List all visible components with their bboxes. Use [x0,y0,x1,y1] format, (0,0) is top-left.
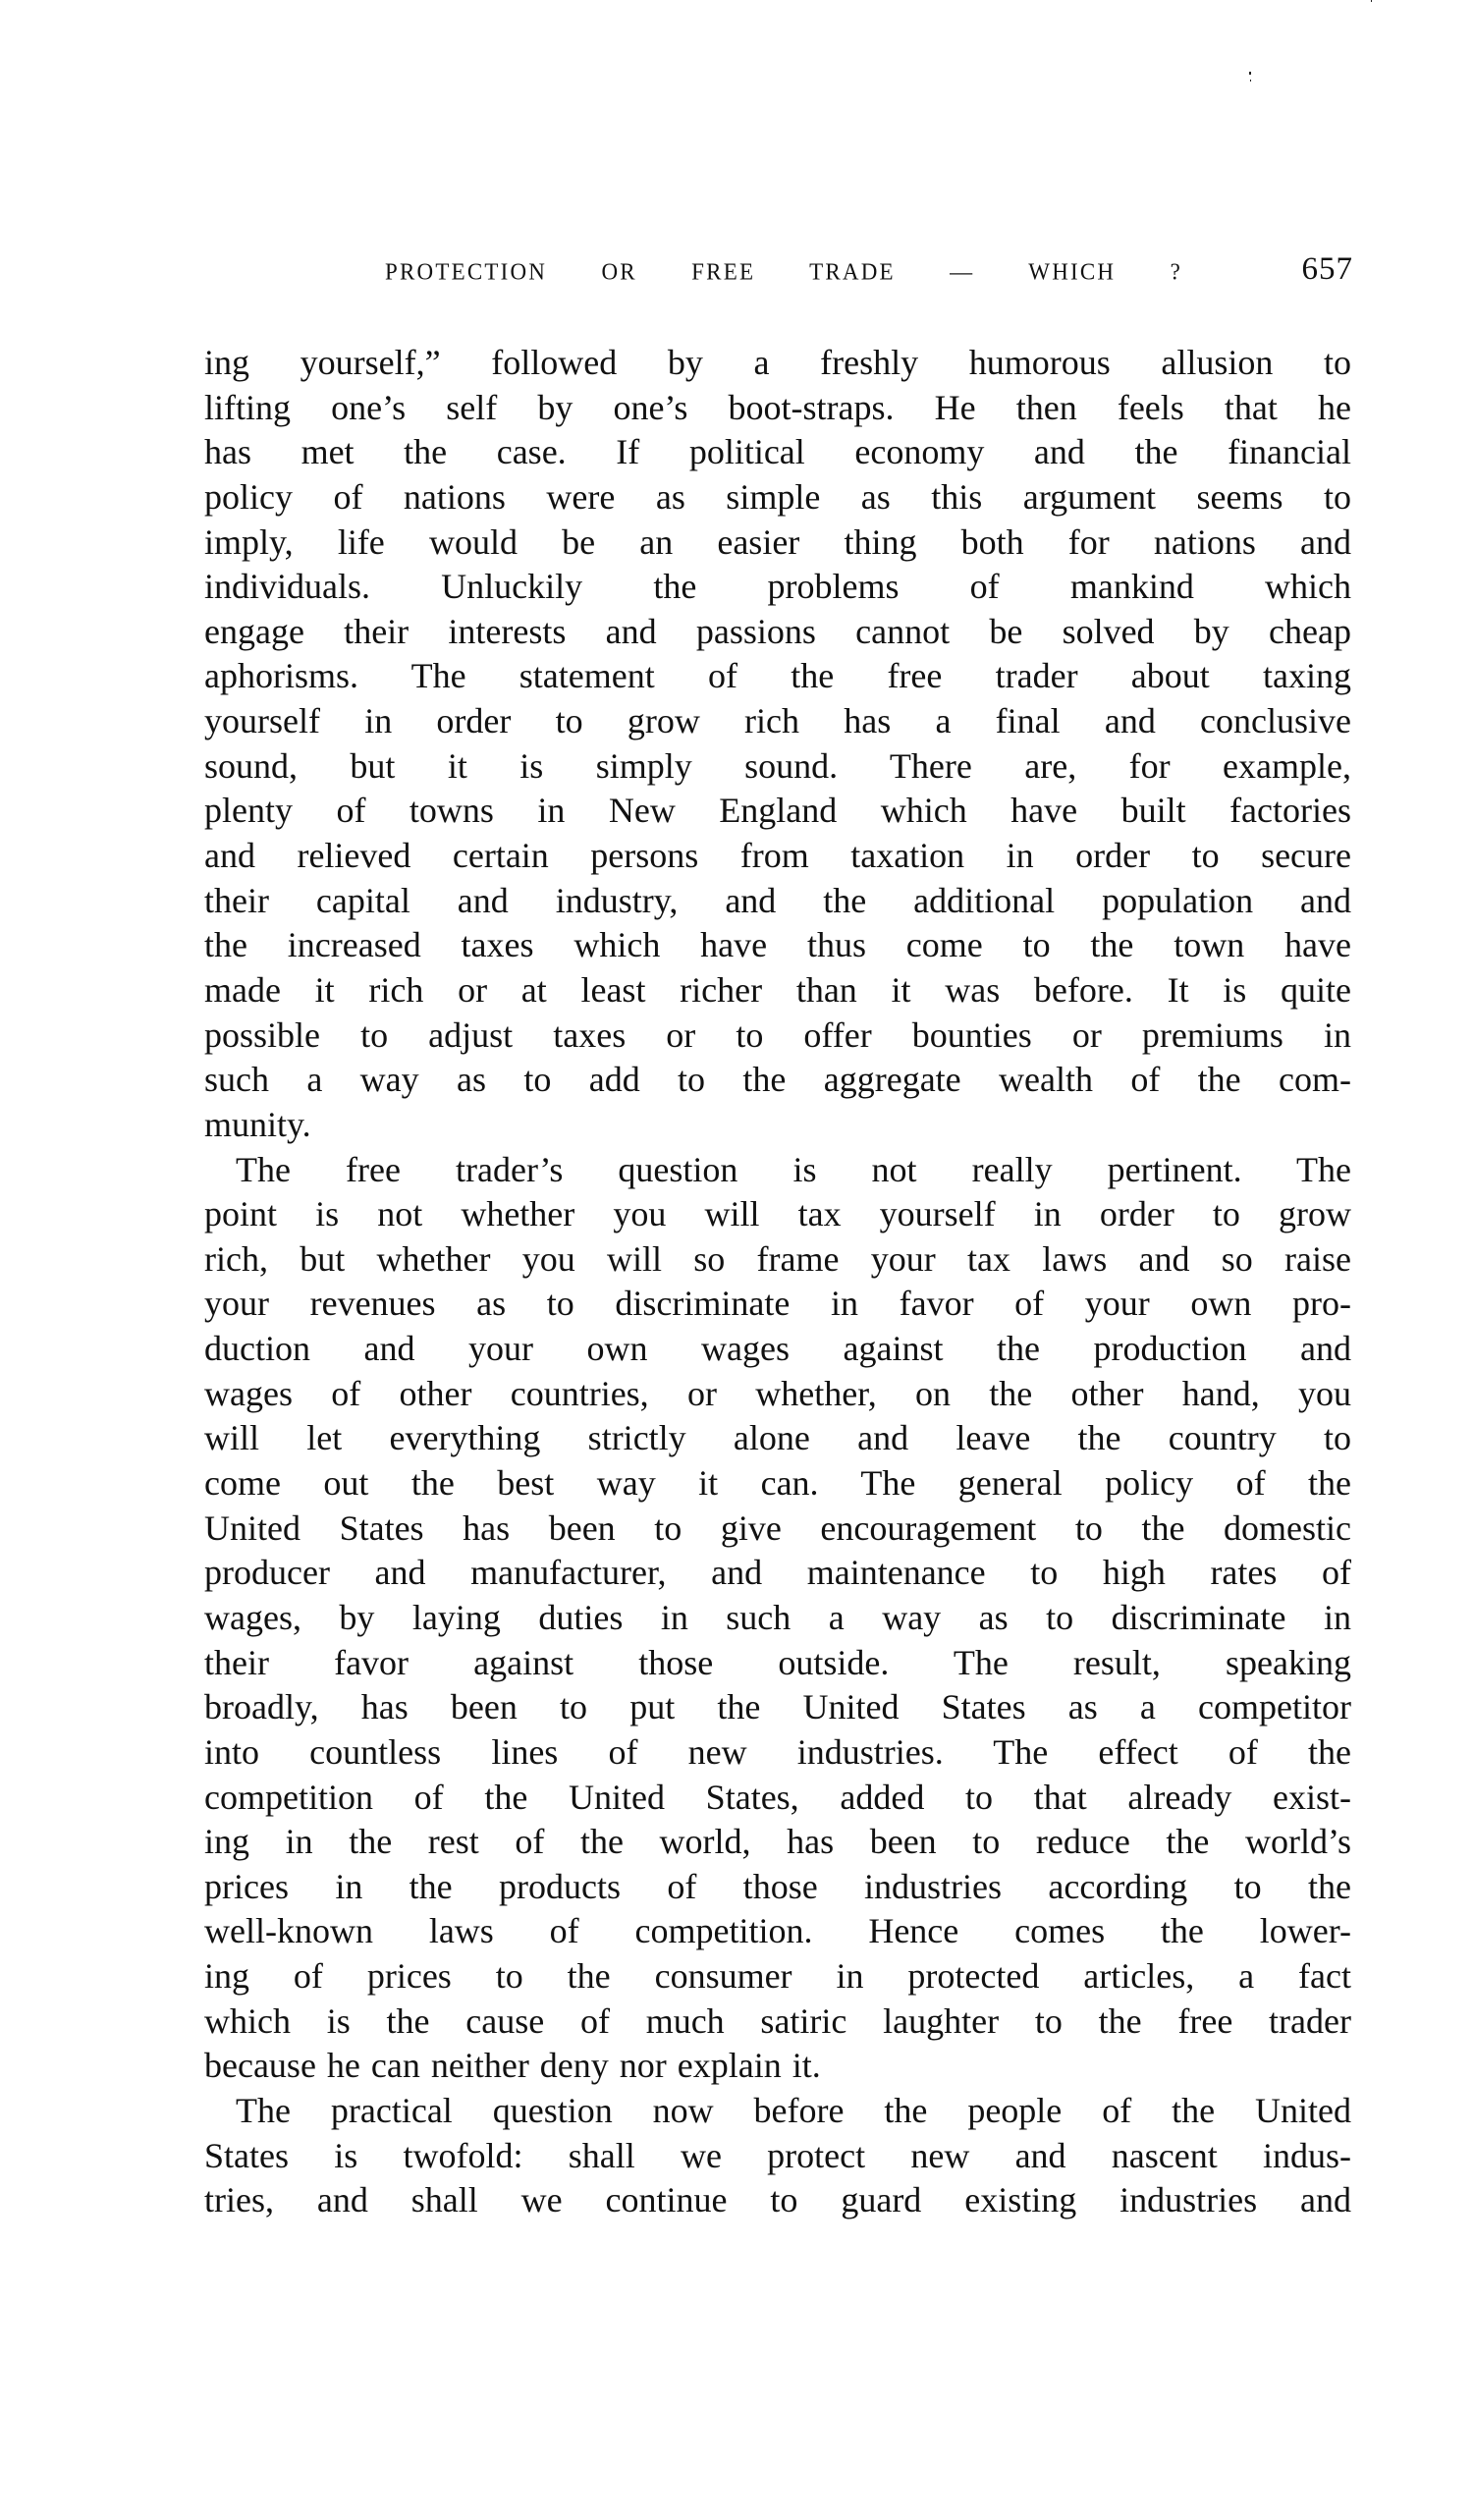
text-line: duction and your own wages against the p… [204,1327,1351,1372]
text-line: ing in the rest of the world, has been t… [204,1820,1351,1865]
text-line: yourself in order to grow rich has a fin… [204,699,1351,744]
text-line: tries, and shall we continue to guard ex… [204,2178,1351,2223]
text-line: rich, but whether you will so frame your… [204,1237,1351,1283]
text-line: and relieved certain persons from taxati… [204,834,1351,879]
text-line: The practical question now before the pe… [204,2089,1351,2134]
text-line: possible to adjust taxes or to offer bou… [204,1013,1351,1059]
text-line: their favor against those outside. The r… [204,1641,1351,1686]
text-line: lifting one’s self by one’s boot-straps.… [204,386,1351,431]
text-line: ing of prices to the consumer in protect… [204,1954,1351,2000]
text-line: plenty of towns in New England which hav… [204,789,1351,834]
text-line: producer and manufacturer, and maintenan… [204,1551,1351,1596]
text-line: policy of nations were as simple as this… [204,475,1351,520]
text-line: competition of the United States, added … [204,1776,1351,1821]
text-line: imply, life would be an easier thing bot… [204,520,1351,566]
text-line: individuals. Unluckily the problems of m… [204,565,1351,610]
scan-speck [1250,80,1251,82]
text-line: has met the case. If political economy a… [204,430,1351,475]
text-line: ing yourself,” followed by a freshly hum… [204,341,1351,386]
running-head: PROTECTION OR FREE TRADE — WHICH ? 657 [385,253,1353,289]
text-line: States is twofold: shall we protect new … [204,2134,1351,2179]
paragraph-2: The free trader’s question is not really… [204,1148,1351,2089]
paragraph-1: ing yourself,” followed by a freshly hum… [204,341,1351,1148]
book-page: PROTECTION OR FREE TRADE — WHICH ? 657 i… [0,0,1474,2520]
text-line: United States has been to give encourage… [204,1507,1351,1552]
text-line: wages, by laying duties in such a way as… [204,1596,1351,1641]
text-line: aphorisms. The statement of the free tra… [204,654,1351,699]
body-text: ing yourself,” followed by a freshly hum… [204,341,1351,2223]
text-line: your revenues as to discriminate in favo… [204,1282,1351,1327]
text-line: their capital and industry, and the addi… [204,879,1351,924]
text-line: come out the best way it can. The genera… [204,1461,1351,1507]
text-line: munity. [204,1103,1351,1148]
text-line: prices in the products of those industri… [204,1865,1351,1910]
text-line: will let everything strictly alone and l… [204,1416,1351,1461]
text-line: wages of other countries, or whether, on… [204,1372,1351,1417]
running-title: PROTECTION OR FREE TRADE — WHICH ? [385,258,1182,285]
text-line: sound, but it is simply sound. There are… [204,744,1351,790]
text-line: into countless lines of new industries. … [204,1730,1351,1776]
text-line: engage their interests and passions cann… [204,610,1351,655]
text-line: because he can neither deny nor explain … [204,2044,1351,2089]
text-line: such a way as to add to the aggregate we… [204,1058,1351,1103]
text-line: The free trader’s question is not really… [204,1148,1351,1193]
text-line: the increased taxes which have thus come… [204,923,1351,968]
scan-speck [1249,72,1251,75]
text-line: which is the cause of much satiric laugh… [204,2000,1351,2045]
paragraph-3: The practical question now before the pe… [204,2089,1351,2223]
page-number: 657 [1302,251,1354,288]
text-line: point is not whether you will tax yourse… [204,1192,1351,1237]
text-line: broadly, has been to put the United Stat… [204,1685,1351,1730]
scan-speck [1371,0,1372,2]
text-line: made it rich or at least richer than it … [204,968,1351,1013]
text-line: well-known laws of competition. Hence co… [204,1909,1351,1954]
